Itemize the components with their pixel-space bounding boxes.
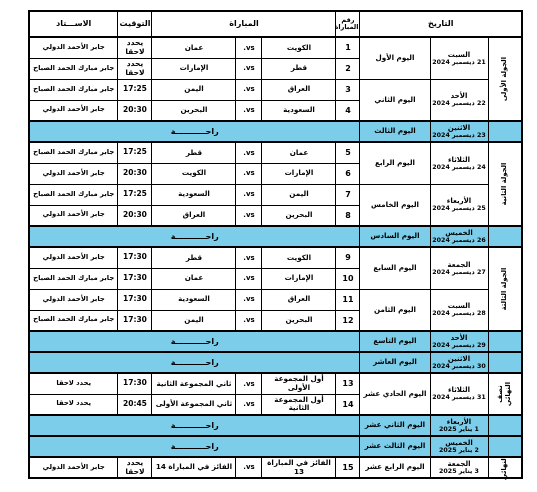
match-row: الجولة الثالثة الجمعة27 ديسمبر 2024 اليو…	[29, 247, 522, 268]
round-cell: نصف النهائي	[488, 373, 522, 415]
home-team-cell: العراق	[262, 289, 336, 310]
stadium-cell: جابر مبارك الحمد الصباح	[29, 79, 118, 100]
round-cell	[488, 352, 522, 373]
date-cell: الأحد29 ديسمبر 2024	[430, 331, 488, 352]
rest-row: الاثنين23 ديسمبر 2024 اليوم الثالث راحــ…	[29, 121, 522, 142]
time-cell: 20:30	[118, 100, 152, 121]
home-team-cell: الإمارات	[262, 268, 336, 289]
away-team-cell: قطر	[152, 247, 236, 268]
away-team-cell: العراق	[152, 205, 236, 226]
home-team-cell: أول المجموعة الثانية	[262, 394, 336, 415]
vs-cell: .vs	[236, 163, 262, 184]
home-team-cell: اليمن	[262, 184, 336, 205]
round-label: الجولة الأولى	[501, 57, 509, 101]
date-cell: الاثنين30 ديسمبر 2024	[430, 352, 488, 373]
time-cell: 20:45	[118, 394, 152, 415]
match-number-cell: 8	[336, 205, 360, 226]
match-number-cell: 13	[336, 373, 360, 394]
away-team-cell: قطر	[152, 142, 236, 163]
day-cell: اليوم السابع	[360, 247, 430, 289]
vs-cell: .vs	[236, 79, 262, 100]
day-cell: اليوم الرابع عشر	[360, 457, 430, 478]
stadium-cell: جابر الأحمد الدولي	[29, 37, 118, 58]
header-row: التاريخ رقم المباراة المباراة التوقيت ال…	[29, 11, 522, 37]
header-date: التاريخ	[360, 11, 522, 37]
date-cell: الثلاثاء31 ديسمبر 2024	[430, 373, 488, 415]
match-row: الأحد22 ديسمبر 2024 اليوم الثاني 3 العرا…	[29, 79, 522, 100]
round-cell: الجولة الأولى	[488, 37, 522, 121]
match-number-cell: 5	[336, 142, 360, 163]
away-team-cell: الإمارات	[152, 58, 236, 79]
round-cell: الجولة الثالثة	[488, 247, 522, 331]
match-row: الجولة الثانية الثلاثاء24 ديسمبر 2024 ال…	[29, 142, 522, 163]
round-cell	[488, 331, 522, 352]
match-number-cell: 10	[336, 268, 360, 289]
rest-row: الخميس26 ديسمبر 2024 اليوم السادس راحـــ…	[29, 226, 522, 247]
stadium-cell: جابر مبارك الحمد الصباح	[29, 142, 118, 163]
round-label: الجولة الثالثة	[501, 268, 509, 311]
date-cell: الثلاثاء24 ديسمبر 2024	[430, 142, 488, 184]
rest-row: الاثنين30 ديسمبر 2024 اليوم العاشر راحــ…	[29, 352, 522, 373]
schedule-page: { "header": { "date": "التاريخ", "match_…	[0, 0, 537, 492]
match-number-cell: 12	[336, 310, 360, 331]
header-stadium: الاســـتاد	[29, 11, 118, 37]
day-cell: اليوم الرابع	[360, 142, 430, 184]
date-cell: السبت28 ديسمبر 2024	[430, 289, 488, 331]
stadium-cell: يحدد لاحقا	[29, 394, 118, 415]
away-team-cell: الكويت	[152, 163, 236, 184]
home-team-cell: الكويت	[262, 37, 336, 58]
away-team-cell: اليمن	[152, 79, 236, 100]
round-cell: الجولة الثانية	[488, 142, 522, 226]
match-number-cell: 2	[336, 58, 360, 79]
match-number-cell: 9	[336, 247, 360, 268]
away-team-cell: ثاني المجموعة الأولى	[152, 394, 236, 415]
home-team-cell: الفائز في المباراة 13	[262, 457, 336, 478]
day-cell: اليوم التاسع	[360, 331, 430, 352]
home-team-cell: قطر	[262, 58, 336, 79]
date-cell: الاثنين23 ديسمبر 2024	[430, 121, 488, 142]
day-cell: اليوم السادس	[360, 226, 430, 247]
time-cell: 17:25	[118, 184, 152, 205]
time-cell: يحدد لاحقا	[118, 457, 152, 478]
day-cell: اليوم العاشر	[360, 352, 430, 373]
day-cell: اليوم الأول	[360, 37, 430, 79]
vs-cell: .vs	[236, 289, 262, 310]
rest-row: الأحد29 ديسمبر 2024 اليوم التاسع راحــــ…	[29, 331, 522, 352]
time-cell: 17:30	[118, 289, 152, 310]
round-cell	[488, 226, 522, 247]
match-row: الجولة الأولى السبت21 ديسمبر 2024 اليوم …	[29, 37, 522, 58]
rest-cell: راحـــــــــــة	[29, 352, 360, 373]
round-cell: النهائي	[488, 457, 522, 478]
stadium-cell: جابر مبارك الحمد الصباح	[29, 184, 118, 205]
vs-cell: .vs	[236, 373, 262, 394]
away-team-cell: ثاني المجموعة الثانية	[152, 373, 236, 394]
away-team-cell: البحرين	[152, 100, 236, 121]
stadium-cell: جابر الأحمد الدولي	[29, 163, 118, 184]
vs-cell: .vs	[236, 37, 262, 58]
match-row: النهائي الجمعة3 يناير 2025 اليوم الرابع …	[29, 457, 522, 478]
match-number-cell: 4	[336, 100, 360, 121]
away-team-cell: السعودية	[152, 184, 236, 205]
stadium-cell: جابر الأحمد الدولي	[29, 100, 118, 121]
date-cell: الأربعاء25 ديسمبر 2024	[430, 184, 488, 226]
stadium-cell: جابر الأحمد الدولي	[29, 205, 118, 226]
stadium-cell: جابر مبارك الحمد الصباح	[29, 310, 118, 331]
day-cell: اليوم الثالث	[360, 121, 430, 142]
stadium-cell: جابر الأحمد الدولي	[29, 289, 118, 310]
day-cell: اليوم الثاني عشر	[360, 415, 430, 436]
away-team-cell: اليمن	[152, 310, 236, 331]
away-team-cell: السعودية	[152, 289, 236, 310]
home-team-cell: البحرين	[262, 205, 336, 226]
stadium-cell: جابر الأحمد الدولي	[29, 457, 118, 478]
round-label: النهائي	[501, 455, 509, 479]
stadium-cell: جابر مبارك الحمد الصباح	[29, 268, 118, 289]
vs-cell: .vs	[236, 247, 262, 268]
day-cell: اليوم الثالث عشر	[360, 436, 430, 457]
rest-cell: راحـــــــــــة	[29, 331, 360, 352]
time-cell: يحدد لاحقا	[118, 37, 152, 58]
day-cell: اليوم الحادي عشر	[360, 373, 430, 415]
match-number-cell: 15	[336, 457, 360, 478]
match-number-cell: 6	[336, 163, 360, 184]
day-cell: اليوم الثاني	[360, 79, 430, 121]
round-label: نصف النهائي	[497, 377, 513, 411]
match-number-cell: 3	[336, 79, 360, 100]
home-team-cell: البحرين	[262, 310, 336, 331]
stadium-cell: جابر الأحمد الدولي	[29, 247, 118, 268]
header-time: التوقيت	[118, 11, 152, 37]
match-number-cell: 7	[336, 184, 360, 205]
header-match: المباراة	[152, 11, 336, 37]
match-number-cell: 11	[336, 289, 360, 310]
vs-cell: .vs	[236, 184, 262, 205]
rest-cell: راحـــــــــــة	[29, 226, 360, 247]
date-cell: الأحد22 ديسمبر 2024	[430, 79, 488, 121]
date-cell: الأربعاء1 يناير 2025	[430, 415, 488, 436]
rest-row: الأربعاء1 يناير 2025 اليوم الثاني عشر را…	[29, 415, 522, 436]
round-cell	[488, 121, 522, 142]
home-team-cell: الإمارات	[262, 163, 336, 184]
date-cell: الجمعة3 يناير 2025	[430, 457, 488, 478]
time-cell: 20:30	[118, 205, 152, 226]
rest-cell: راحـــــــــــة	[29, 121, 360, 142]
date-cell: الخميس2 يناير 2025	[430, 436, 488, 457]
stadium-cell: يحدد لاحقا	[29, 373, 118, 394]
vs-cell: .vs	[236, 310, 262, 331]
header-match-number: رقم المباراة	[336, 11, 360, 37]
vs-cell: .vs	[236, 100, 262, 121]
day-cell: اليوم الثامن	[360, 289, 430, 331]
round-cell	[488, 436, 522, 457]
round-cell	[488, 415, 522, 436]
time-cell: 17:25	[118, 79, 152, 100]
match-number-cell: 1	[336, 37, 360, 58]
vs-cell: .vs	[236, 457, 262, 478]
vs-cell: .vs	[236, 268, 262, 289]
away-team-cell: عمان	[152, 268, 236, 289]
match-row: السبت28 ديسمبر 2024 اليوم الثامن 11 العر…	[29, 289, 522, 310]
home-team-cell: عمان	[262, 142, 336, 163]
time-cell: 17:30	[118, 373, 152, 394]
vs-cell: .vs	[236, 142, 262, 163]
rest-cell: راحـــــــــــة	[29, 415, 360, 436]
vs-cell: .vs	[236, 58, 262, 79]
day-cell: اليوم الخامس	[360, 184, 430, 226]
rest-cell: راحـــــــــــة	[29, 436, 360, 457]
vs-cell: .vs	[236, 205, 262, 226]
time-cell: 17:30	[118, 310, 152, 331]
home-team-cell: الكويت	[262, 247, 336, 268]
home-team-cell: أول المجموعة الأولى	[262, 373, 336, 394]
vs-cell: .vs	[236, 394, 262, 415]
home-team-cell: السعودية	[262, 100, 336, 121]
date-cell: السبت21 ديسمبر 2024	[430, 37, 488, 79]
away-team-cell: عمان	[152, 37, 236, 58]
round-label: الجولة الثانية	[501, 163, 509, 206]
match-number-cell: 14	[336, 394, 360, 415]
stadium-cell: جابر مبارك الحمد الصباح	[29, 58, 118, 79]
time-cell: 20:30	[118, 163, 152, 184]
date-cell: الجمعة27 ديسمبر 2024	[430, 247, 488, 289]
home-team-cell: العراق	[262, 79, 336, 100]
rest-row: الخميس2 يناير 2025 اليوم الثالث عشر راحـ…	[29, 436, 522, 457]
match-row: نصف النهائي الثلاثاء31 ديسمبر 2024 اليوم…	[29, 373, 522, 394]
tournament-schedule-table: التاريخ رقم المباراة المباراة التوقيت ال…	[28, 10, 523, 479]
match-row: الأربعاء25 ديسمبر 2024 اليوم الخامس 7 ال…	[29, 184, 522, 205]
away-team-cell: الفائز في المباراة 14	[152, 457, 236, 478]
time-cell: 17:30	[118, 268, 152, 289]
time-cell: 17:25	[118, 142, 152, 163]
time-cell: 17:30	[118, 247, 152, 268]
time-cell: يحدد لاحقا	[118, 58, 152, 79]
date-cell: الخميس26 ديسمبر 2024	[430, 226, 488, 247]
